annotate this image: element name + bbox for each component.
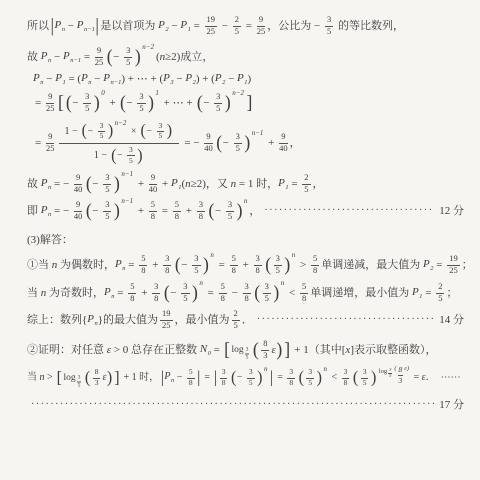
fraction: 58 bbox=[149, 200, 157, 222]
denominator: 5 bbox=[265, 294, 269, 304]
numerator: 3 bbox=[103, 200, 111, 211]
fraction: 38 bbox=[220, 368, 228, 387]
subscript: n−1 bbox=[84, 26, 95, 33]
text-run: 单调递减，最大值为 bbox=[321, 259, 423, 272]
numerator: 3 bbox=[192, 254, 200, 265]
close-fence: ) bbox=[316, 369, 322, 386]
numerator: 9 bbox=[46, 92, 54, 103]
fraction: 925 bbox=[257, 15, 266, 37]
numerator: 5 bbox=[139, 254, 147, 265]
text-run: × bbox=[128, 126, 139, 138]
numerator: 3 bbox=[243, 282, 251, 293]
paren-group: (− 35)n−2 bbox=[196, 92, 245, 114]
abs-group: |Pn − Pn−1| bbox=[50, 17, 99, 35]
open-fence: ( bbox=[174, 255, 181, 274]
open-fence: ( bbox=[119, 93, 126, 112]
denominator: 8 bbox=[232, 266, 236, 276]
fraction: 25 bbox=[302, 173, 310, 195]
text-run: ； bbox=[462, 259, 473, 272]
text-run: < bbox=[286, 287, 298, 300]
variable: P1 bbox=[278, 177, 288, 191]
open-fence: [ bbox=[57, 93, 64, 112]
text-run: ， bbox=[249, 205, 260, 218]
fraction: 940 bbox=[204, 132, 213, 154]
denominator: 5 bbox=[85, 104, 89, 114]
fraction: 58 bbox=[128, 282, 136, 304]
exponent: n−2 bbox=[232, 90, 244, 97]
text-run: ) bbox=[248, 73, 252, 86]
text-run: ． bbox=[242, 314, 253, 327]
text-run: = bbox=[411, 372, 422, 384]
numerator: 3 bbox=[83, 92, 91, 103]
fraction: 940 bbox=[74, 200, 83, 222]
denominator: 25 bbox=[95, 58, 104, 68]
text-run: = bbox=[216, 259, 228, 272]
group-content: 35 bbox=[261, 282, 273, 304]
text-run: − bbox=[113, 51, 122, 64]
fraction: 35 bbox=[192, 254, 200, 276]
fraction: 58 bbox=[187, 368, 195, 387]
paren-group: (− 35)1 bbox=[119, 92, 159, 114]
group-content: − 35 bbox=[113, 46, 134, 68]
numerator: 9 bbox=[279, 132, 287, 143]
denominator: 8 bbox=[344, 379, 348, 388]
open-fence: ( bbox=[163, 283, 170, 302]
denominator: 25 bbox=[46, 144, 55, 154]
exponent: n bbox=[281, 280, 285, 287]
text-run: 故 bbox=[27, 178, 41, 191]
fraction: 940 bbox=[74, 173, 83, 195]
text-run: − bbox=[229, 287, 241, 300]
fraction: 925 bbox=[46, 132, 55, 154]
text-run: ≥2)成立， bbox=[165, 51, 213, 64]
numerator: 19 bbox=[160, 309, 173, 320]
numerator: 5 bbox=[149, 200, 157, 211]
denominator: 3 bbox=[95, 379, 99, 388]
denominator: 5 bbox=[100, 132, 104, 141]
text-run: ，最小值为 bbox=[175, 314, 230, 327]
fraction: 35 bbox=[157, 122, 165, 141]
denominator: 3 bbox=[399, 376, 403, 385]
close-fence: ) bbox=[276, 340, 283, 359]
close-fence: ) bbox=[236, 201, 243, 220]
exponent: n−1 bbox=[252, 130, 264, 137]
paren-group: (− 35)n bbox=[174, 254, 214, 276]
denominator: 25 bbox=[449, 266, 458, 276]
denominator: 5 bbox=[183, 294, 187, 304]
text-run: + 1（其中[ bbox=[292, 344, 346, 357]
variable: P2 bbox=[215, 72, 225, 86]
log-label: log bbox=[231, 345, 243, 356]
open-fence: | bbox=[50, 16, 55, 35]
denominator: 5 bbox=[126, 58, 130, 68]
subscript: n−1 bbox=[111, 79, 122, 86]
denominator: 25 bbox=[257, 27, 266, 37]
group-content: − 35 bbox=[126, 92, 147, 114]
document-page: 所以|Pn − Pn−1|是以首项为 P2 − P1 = 1925 − 25 =… bbox=[0, 0, 480, 480]
numerator: 5 bbox=[173, 200, 181, 211]
group-content: − 35 bbox=[87, 122, 107, 141]
denominator: 8 bbox=[154, 294, 158, 304]
text-run: + bbox=[135, 205, 147, 218]
fraction: 38 bbox=[287, 368, 295, 387]
text-run: − bbox=[92, 73, 104, 86]
line-10-odd-case: 当 n 为奇数时，Pn = 58 + 38(− 35)n = 58 − 38(3… bbox=[27, 280, 464, 306]
fraction: 58 bbox=[230, 254, 238, 276]
fraction: 38 bbox=[197, 200, 205, 222]
text-run: + ⋯ + bbox=[161, 97, 195, 110]
numerator: 8 bbox=[398, 366, 404, 376]
text-run: = bbox=[422, 287, 434, 300]
open-fence: ( bbox=[106, 47, 113, 66]
line-1-geometric-sequence-statement: 所以|Pn − Pn−1|是以首项为 P2 − P1 = 1925 − 25 =… bbox=[27, 13, 464, 39]
exponent: 0 bbox=[101, 90, 105, 97]
text-run: > bbox=[45, 372, 56, 384]
text-run: + bbox=[265, 137, 277, 150]
paren-group: (− 35)n bbox=[163, 282, 203, 304]
close-fence: ) bbox=[106, 369, 112, 386]
text-run: − bbox=[203, 97, 212, 110]
line-12-epsilon-proof-setup: ②证明：对任意 ε > 0 总存在正整数 N0 = [log35(83ε)] +… bbox=[27, 337, 464, 363]
paren-group: (− 35)n−1 bbox=[85, 173, 134, 195]
fraction: 38 bbox=[243, 282, 251, 304]
group-content: 35 bbox=[304, 368, 316, 387]
group-content: − 35 bbox=[117, 146, 137, 165]
text-run: 单调递增，最小值为 bbox=[310, 287, 412, 300]
close-fence: ) bbox=[113, 201, 120, 220]
denominator: 8 bbox=[189, 379, 193, 388]
text-run: = bbox=[35, 137, 44, 150]
group-content: − 35 bbox=[223, 132, 244, 154]
exponent: n bbox=[323, 366, 327, 373]
denominator: 40 bbox=[149, 185, 158, 195]
open-fence: ( bbox=[208, 201, 215, 220]
exponent: n bbox=[244, 198, 248, 205]
paren-group: (83ε) bbox=[84, 368, 112, 387]
text-run: (3)解答： bbox=[27, 234, 73, 247]
text-run: = bbox=[81, 51, 93, 64]
text-run: ， bbox=[313, 178, 324, 191]
paren-group: (35)n bbox=[254, 282, 285, 304]
paren-group: (− 35) bbox=[140, 122, 173, 141]
numerator: 2 bbox=[436, 282, 444, 293]
text-run: = bbox=[243, 20, 255, 33]
text-run: − bbox=[126, 97, 135, 110]
exponent: 1 bbox=[155, 90, 159, 97]
fraction: 925 bbox=[46, 92, 55, 114]
text-run: ) + ⋯ + ( bbox=[121, 73, 163, 86]
denominator: 8 bbox=[199, 212, 203, 222]
denominator: 8 bbox=[313, 266, 317, 276]
paren-group: (35)log35(83ε) bbox=[352, 368, 410, 387]
line-8-part3-header: (3)解答： bbox=[27, 232, 464, 248]
open-fence: ( bbox=[298, 369, 304, 386]
group-content: − 35 bbox=[237, 368, 257, 387]
group-content: − 35 bbox=[170, 282, 191, 304]
text-run: }的最大值为 bbox=[98, 314, 158, 327]
open-fence: ( bbox=[85, 201, 92, 220]
text-run: + bbox=[135, 178, 147, 191]
line-3-telescoping-sum: Pn − P1 = (Pn − Pn−1) + ⋯ + (P3 − P2) + … bbox=[27, 71, 464, 87]
text-run: − bbox=[169, 20, 181, 33]
open-fence: ( bbox=[85, 174, 92, 193]
fraction: 35 bbox=[124, 46, 132, 68]
fraction: 58 bbox=[219, 282, 227, 304]
numerator: 9 bbox=[46, 132, 54, 143]
open-fence: ( bbox=[111, 147, 117, 164]
text-run: ]表示取整函数）， bbox=[350, 344, 436, 357]
text-run: = ( bbox=[66, 73, 81, 86]
close-fence: ) bbox=[273, 283, 280, 302]
numerator: 9 bbox=[74, 173, 82, 184]
text-run: ， bbox=[290, 137, 301, 150]
fraction: 35 bbox=[103, 173, 111, 195]
text-run: = − bbox=[51, 205, 72, 218]
denominator: 5 bbox=[363, 379, 367, 388]
denominator: 3 bbox=[263, 351, 267, 361]
denominator: 8 bbox=[302, 294, 306, 304]
text-run: − bbox=[51, 51, 63, 64]
numerator: 3 bbox=[163, 254, 171, 265]
close-fence: ) bbox=[203, 255, 210, 274]
text-run: 1 − bbox=[64, 126, 80, 138]
numerator: 5 bbox=[311, 254, 319, 265]
text-run: ； bbox=[446, 287, 457, 300]
fraction: 35 bbox=[127, 146, 135, 165]
exponent: n bbox=[292, 252, 296, 259]
numerator: 9 bbox=[257, 15, 265, 26]
numerator: 3 bbox=[342, 368, 350, 378]
variable: P1 bbox=[171, 177, 181, 191]
denominator: 5 bbox=[105, 212, 109, 222]
fraction: 35 bbox=[181, 282, 189, 304]
open-fence: ( bbox=[196, 93, 203, 112]
numerator: 8 bbox=[93, 368, 101, 378]
group-content: log35(83ε) bbox=[62, 368, 113, 387]
group-content: − 35 bbox=[181, 254, 202, 276]
line-13-epsilon-inequality: 当 n > [log35(83ε)] + 1 时，|Pn − 58| = |38… bbox=[27, 363, 464, 393]
denominator: 5 bbox=[236, 144, 240, 154]
denominator: 25 bbox=[207, 27, 216, 37]
numerator: 3 bbox=[181, 282, 189, 293]
numerator: 8 bbox=[261, 339, 269, 350]
denominator: 5 bbox=[139, 104, 143, 114]
text-run: + bbox=[138, 287, 150, 300]
text-run: 是以首项为 bbox=[100, 20, 158, 33]
fraction: 25 bbox=[232, 309, 240, 331]
text-run: ①当 bbox=[27, 259, 52, 272]
line-14-score-17pts: ········································… bbox=[27, 398, 464, 412]
text-run: = − bbox=[51, 178, 72, 191]
open-fence: | bbox=[213, 369, 217, 386]
text-run: + bbox=[107, 97, 119, 110]
paren-group: (− 35)n−2 bbox=[81, 122, 127, 141]
paren-group: (83ε) bbox=[252, 339, 282, 361]
group-content: − 35 bbox=[146, 122, 166, 141]
close-fence: ) bbox=[257, 369, 263, 386]
close-fence: ) bbox=[137, 147, 143, 164]
text-run: − bbox=[181, 259, 190, 272]
dot-leader: ········································… bbox=[31, 399, 434, 411]
text-run: ⋯⋯ bbox=[436, 372, 461, 384]
denominator: 5 bbox=[234, 321, 238, 331]
close-fence: | bbox=[197, 369, 201, 386]
bracket-group: [(− 35)0 + (− 35)1 + ⋯ + (− 35)n−2] bbox=[57, 92, 252, 114]
denominator: 1 − (− 35) bbox=[94, 144, 144, 165]
variable: P2 bbox=[423, 258, 433, 272]
denominator: 8 bbox=[141, 266, 145, 276]
numerator: 5 bbox=[219, 282, 227, 293]
variable: N0 bbox=[200, 343, 211, 357]
variable: P1 bbox=[237, 72, 247, 86]
numerator: 3 bbox=[157, 122, 165, 132]
group-content: − 35 bbox=[92, 200, 113, 222]
group-content: (− 35)0 + (− 35)1 + ⋯ + (− 35)n−2 bbox=[64, 92, 246, 114]
group-content: 83ε bbox=[91, 368, 107, 387]
open-fence: ( bbox=[352, 369, 358, 386]
group-content: 35 bbox=[272, 254, 284, 276]
text-run: = bbox=[114, 287, 126, 300]
numerator: 5 bbox=[187, 368, 195, 378]
numerator: 3 bbox=[245, 347, 250, 354]
group-content: 38(− 35)n bbox=[218, 368, 270, 387]
open-fence: ( bbox=[230, 369, 236, 386]
text-run: − bbox=[92, 205, 101, 218]
subscript: n−1 bbox=[70, 57, 81, 64]
open-fence: ( bbox=[84, 369, 90, 386]
text-run: = bbox=[205, 287, 217, 300]
fraction: 58 bbox=[311, 254, 319, 276]
close-fence: | bbox=[269, 369, 273, 386]
text-run: 14 分 bbox=[439, 314, 464, 327]
numerator: 2 bbox=[302, 173, 310, 184]
paren-group: (35)n bbox=[298, 368, 328, 387]
fraction: 35 bbox=[306, 368, 314, 387]
log-base-fraction: 35 bbox=[388, 368, 392, 379]
fraction: 35 bbox=[103, 200, 111, 222]
variable: Pn−1 bbox=[77, 19, 95, 33]
denominator: 5 bbox=[194, 266, 198, 276]
log-label: log bbox=[63, 373, 75, 384]
fraction: 35 bbox=[83, 92, 91, 114]
variable: Pn bbox=[164, 371, 174, 384]
text-run: = bbox=[289, 178, 301, 191]
fraction: 38 bbox=[152, 282, 160, 304]
close-fence: ) bbox=[134, 47, 141, 66]
text-run: ，公比为 − bbox=[267, 20, 323, 33]
group-content: 35 bbox=[359, 368, 371, 387]
fraction: 35 bbox=[98, 122, 106, 141]
text-run: 即 bbox=[27, 205, 41, 218]
numerator: 19 bbox=[205, 15, 218, 26]
numerator: 3 bbox=[220, 368, 228, 378]
text-run: 12 分 bbox=[439, 205, 464, 218]
denominator: 5 bbox=[304, 185, 308, 195]
fraction: 35 bbox=[234, 132, 242, 154]
numerator: 3 bbox=[98, 122, 106, 132]
numerator: 3 bbox=[124, 46, 132, 57]
numerator: 3 bbox=[197, 200, 205, 211]
group-content: 83ε bbox=[259, 339, 276, 361]
text-run: − bbox=[174, 372, 185, 384]
dot-leader: ········································… bbox=[264, 205, 434, 217]
text-run: > bbox=[297, 259, 309, 272]
numerator: 3 bbox=[361, 368, 369, 378]
text-run: = bbox=[35, 97, 44, 110]
open-fence: ( bbox=[140, 123, 146, 140]
numerator: 9 bbox=[74, 200, 82, 211]
fraction: 1925 bbox=[205, 15, 218, 37]
exponent: n−2 bbox=[115, 120, 127, 127]
line-6-pn-with-p1: 故 Pn = − 940(− 35)n−1 + 940 + P1(n≥2)，又 … bbox=[27, 170, 464, 198]
variable: Pn bbox=[55, 19, 65, 33]
log-operator: log35 bbox=[63, 371, 82, 384]
variable: Pn bbox=[115, 258, 125, 272]
close-fence: ) bbox=[107, 123, 113, 140]
variable: Pn bbox=[33, 72, 43, 86]
variable: Pn bbox=[104, 286, 114, 300]
paren-group: (− 35) bbox=[111, 146, 144, 165]
close-fence: ) bbox=[224, 93, 231, 112]
close-fence: ) bbox=[284, 255, 291, 274]
numerator: 2 bbox=[233, 15, 241, 26]
fraction: 35 bbox=[247, 368, 255, 387]
text-run: 17 分 bbox=[439, 399, 464, 412]
log-operator: log35 bbox=[379, 366, 394, 377]
denominator: 8 bbox=[289, 379, 293, 388]
numerator: 9 bbox=[204, 132, 212, 143]
paren-group: (− 35)n−2 bbox=[106, 46, 155, 68]
denominator: 8 bbox=[130, 294, 134, 304]
text-run: = bbox=[125, 259, 137, 272]
text-run: − bbox=[43, 73, 55, 86]
fraction: 83 bbox=[398, 366, 404, 385]
fraction: 35 bbox=[137, 92, 145, 114]
denominator: 5 bbox=[438, 294, 442, 304]
text-run: 为偶数时， bbox=[57, 259, 115, 272]
denominator: 25 bbox=[46, 104, 55, 114]
log-operator: log35 bbox=[231, 343, 250, 356]
numerator: 3 bbox=[274, 254, 282, 265]
fraction: 35 bbox=[226, 200, 234, 222]
denominator: 8 bbox=[245, 294, 249, 304]
text-run: 为奇数时， bbox=[46, 287, 104, 300]
group-content: − 35 bbox=[203, 92, 224, 114]
variable: Pn bbox=[41, 177, 51, 191]
fraction: 58 bbox=[139, 254, 147, 276]
fraction: 25 bbox=[436, 282, 444, 304]
exponent: n bbox=[199, 280, 203, 287]
numerator: 3 bbox=[263, 282, 271, 293]
numerator: 3 bbox=[77, 375, 82, 382]
numerator: 9 bbox=[95, 46, 103, 57]
exponent: n bbox=[264, 366, 268, 373]
open-fence: ( bbox=[252, 340, 259, 359]
text-run: − bbox=[237, 372, 245, 384]
paren-group: (− 35)n−1 bbox=[216, 132, 265, 154]
open-fence: ( bbox=[216, 133, 223, 152]
open-fence: ( bbox=[254, 283, 261, 302]
denominator: 5 bbox=[105, 185, 109, 195]
paren-group: (− 35)0 bbox=[65, 92, 105, 114]
text-run: − bbox=[92, 178, 101, 191]
group-content: Pn − Pn−1 bbox=[55, 19, 95, 33]
numerator: 3 bbox=[103, 173, 111, 184]
text-run: − bbox=[170, 287, 179, 300]
bracket-group: [log35(83ε)] bbox=[56, 368, 120, 387]
numerator: 3 bbox=[226, 200, 234, 211]
exponent: log35(83ε) bbox=[378, 366, 409, 385]
